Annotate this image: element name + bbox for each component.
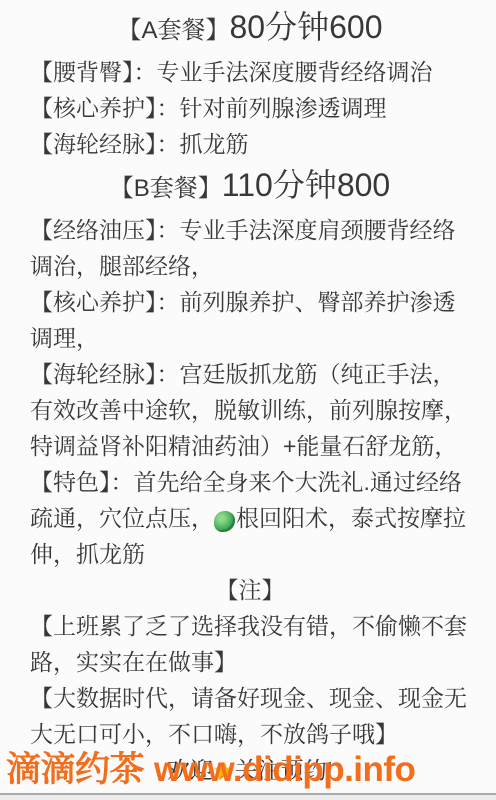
note-item-honest: 【上班累了乏了选择我没有错，不偷懒不套路，实实在在做事】 xyxy=(30,608,470,680)
package-b-title-label: 【B套餐】 xyxy=(110,175,222,202)
package-a-item-waist-back: 【腰背臀】：专业手法深度腰背经络调治 xyxy=(30,54,470,90)
package-b-title-value: 110分钟800 xyxy=(222,167,390,203)
package-b-item-special: 【特色】：首先给全身来个大洗礼.通过经络疏通，穴位点压，根回阳术，泰式按摩拉伸，… xyxy=(30,464,470,572)
watermark: 滴滴约茶www.didipp.info xyxy=(6,742,415,792)
package-b-item-core-care: 【核心养护】：前列腺养护、臀部养护渗透调理， xyxy=(30,284,470,356)
package-b-item-meridian: 【海轮经脉】：宫廷版抓龙筋（纯正手法，有效改善中途软，脱敏训练，前列腺按摩，特调… xyxy=(30,356,470,464)
watermark-url: www.didipp.info xyxy=(154,750,415,789)
service-menu-page: 【A套餐】80分钟600 【腰背臀】：专业手法深度腰背经络调治 【核心养护】：针… xyxy=(0,0,496,800)
package-a-item-core-care: 【核心养护】：针对前列腺渗透调理 xyxy=(30,90,470,126)
dragon-emoji-icon xyxy=(214,510,236,532)
note-title: 【注】 xyxy=(30,572,470,608)
package-a-item-meridian: 【海轮经脉】：抓龙筋 xyxy=(30,126,470,162)
package-b-title: 【B套餐】110分钟800 xyxy=(30,162,470,212)
package-a-title-value: 80分钟600 xyxy=(230,9,383,45)
package-a-title: 【A套餐】80分钟600 xyxy=(30,4,470,54)
watermark-brand: 滴滴约茶 xyxy=(6,750,144,789)
package-a-title-label: 【A套餐】 xyxy=(117,17,229,44)
package-b-item-oil-pressure: 【经络油压】：专业手法深度肩颈腰背经络调治，腿部经络， xyxy=(30,212,470,284)
bottom-edge-bar xyxy=(0,793,496,800)
